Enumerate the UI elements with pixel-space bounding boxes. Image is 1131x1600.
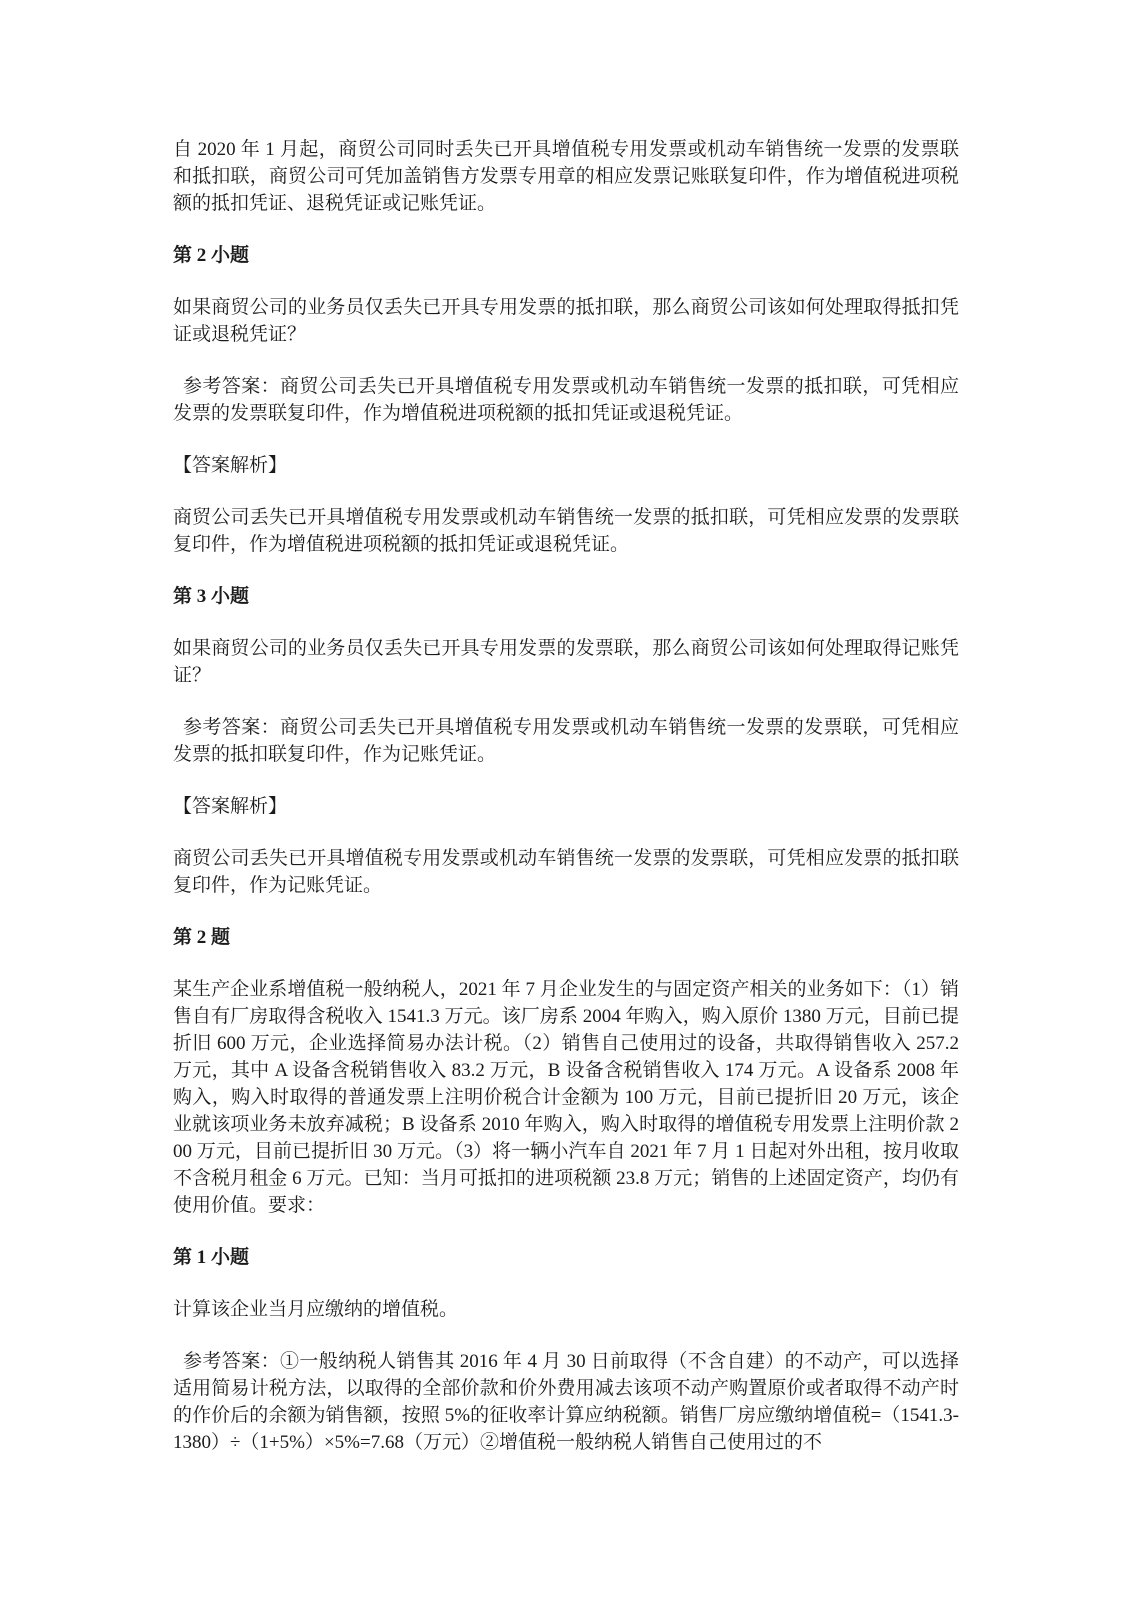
subquestion-3-reference-answer: 参考答案：商贸公司丢失已开具增值税专用发票或机动车销售统一发票的发票联，可凭相应… [173,714,959,768]
subquestion-2-reference-answer: 参考答案：商贸公司丢失已开具增值税专用发票或机动车销售统一发票的抵扣联，可凭相应… [173,373,959,427]
question-2-heading: 第 2 题 [173,924,959,951]
subquestion-1-heading: 第 1 小题 [173,1244,959,1271]
intro-paragraph: 自 2020 年 1 月起，商贸公司同时丢失已开具增值税专用发票或机动车销售统一… [173,136,959,217]
subquestion-2-text: 如果商贸公司的业务员仅丢失已开具专用发票的抵扣联，那么商贸公司该如何处理取得抵扣… [173,294,959,348]
subquestion-1-text: 计算该企业当月应缴纳的增值税。 [173,1296,959,1323]
question-2-text: 某生产企业系增值税一般纳税人，2021 年 7 月企业发生的与固定资产相关的业务… [173,976,959,1219]
document-content: 自 2020 年 1 月起，商贸公司同时丢失已开具增值税专用发票或机动车销售统一… [0,0,1131,1456]
answer-analysis-text-2: 商贸公司丢失已开具增值税专用发票或机动车销售统一发票的发票联，可凭相应发票的抵扣… [173,845,959,899]
subquestion-1-reference-answer: 参考答案：①一般纳税人销售其 2016 年 4 月 30 日前取得（不含自建）的… [173,1348,959,1456]
answer-analysis-heading-2: 【答案解析】 [173,793,959,820]
answer-analysis-text-1: 商贸公司丢失已开具增值税专用发票或机动车销售统一发票的抵扣联，可凭相应发票的发票… [173,504,959,558]
answer-analysis-heading-1: 【答案解析】 [173,452,959,479]
document-page: 自 2020 年 1 月起，商贸公司同时丢失已开具增值税专用发票或机动车销售统一… [0,0,1131,1600]
subquestion-3-heading: 第 3 小题 [173,583,959,610]
subquestion-2-heading: 第 2 小题 [173,242,959,269]
subquestion-3-text: 如果商贸公司的业务员仅丢失已开具专用发票的发票联，那么商贸公司该如何处理取得记账… [173,635,959,689]
